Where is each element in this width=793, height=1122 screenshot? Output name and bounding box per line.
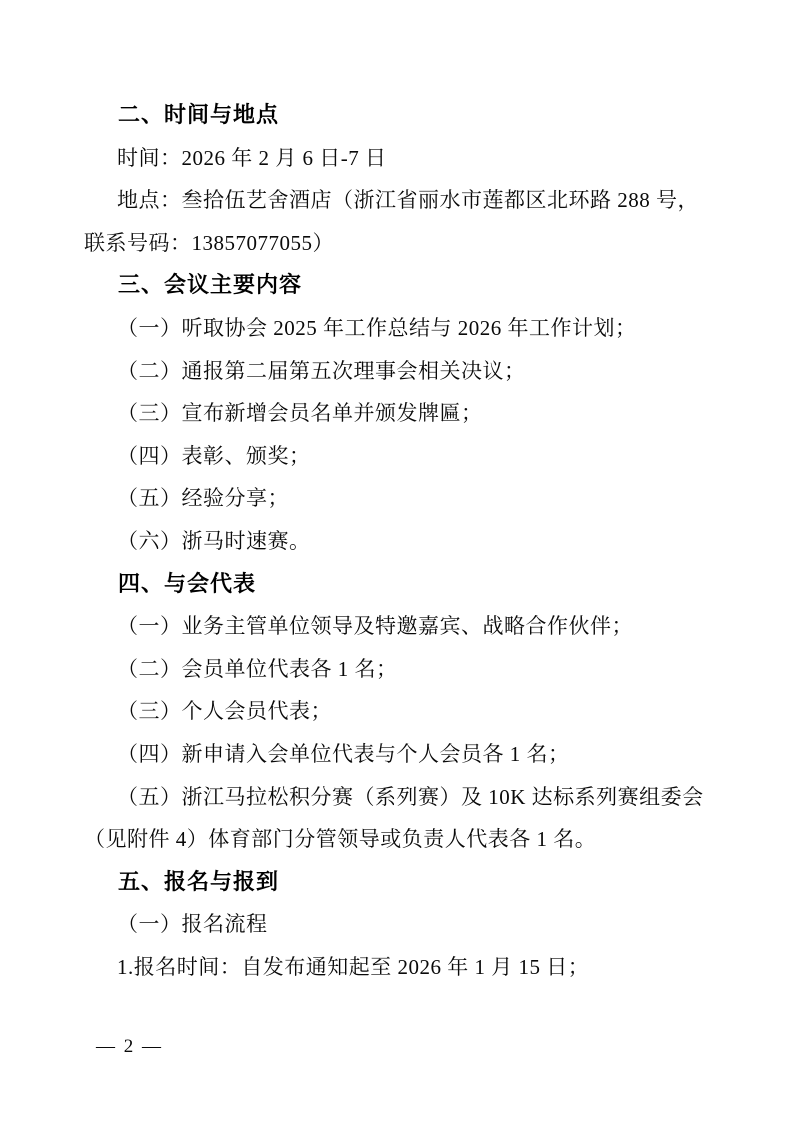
paragraph-line: （三）个人会员代表；: [84, 690, 724, 733]
section-heading: 四、与会代表: [84, 563, 724, 606]
section-heading: 二、时间与地点: [84, 94, 724, 137]
section-heading: 五、报名与报到: [84, 861, 724, 904]
paragraph-line: （四）表彰、颁奖；: [84, 435, 724, 478]
document-content: 二、时间与地点时间：2026 年 2 月 6 日-7 日地点：叁拾伍艺舍酒店（浙…: [84, 94, 724, 988]
page-number: — 2 —: [96, 1036, 163, 1058]
paragraph-line: （一）听取协会 2025 年工作总结与 2026 年工作计划；: [84, 307, 724, 350]
paragraph-line: 联系号码：13857077055）: [84, 222, 724, 265]
paragraph-line: 时间：2026 年 2 月 6 日-7 日: [84, 137, 724, 180]
paragraph-line: （二）会员单位代表各 1 名；: [84, 648, 724, 691]
paragraph-line: 1.报名时间：自发布通知起至 2026 年 1 月 15 日；: [84, 946, 724, 989]
paragraph-line: （六）浙马时速赛。: [84, 520, 724, 563]
section-heading: 三、会议主要内容: [84, 264, 724, 307]
paragraph-line: （五）浙江马拉松积分赛（系列赛）及 10K 达标系列赛组委会: [84, 776, 724, 819]
document-page: 二、时间与地点时间：2026 年 2 月 6 日-7 日地点：叁拾伍艺舍酒店（浙…: [0, 0, 793, 1122]
paragraph-line: 地点：叁拾伍艺舍酒店（浙江省丽水市莲都区北环路 288 号，: [84, 179, 724, 222]
paragraph-line: （见附件 4）体育部门分管领导或负责人代表各 1 名。: [84, 818, 724, 861]
paragraph-line: （四）新申请入会单位代表与个人会员各 1 名；: [84, 733, 724, 776]
paragraph-line: （三）宣布新增会员名单并颁发牌匾；: [84, 392, 724, 435]
paragraph-line: （二）通报第二届第五次理事会相关决议；: [84, 350, 724, 393]
paragraph-line: （一）业务主管单位领导及特邀嘉宾、战略合作伙伴；: [84, 605, 724, 648]
paragraph-line: （一）报名流程: [84, 903, 724, 946]
paragraph-line: （五）经验分享；: [84, 477, 724, 520]
